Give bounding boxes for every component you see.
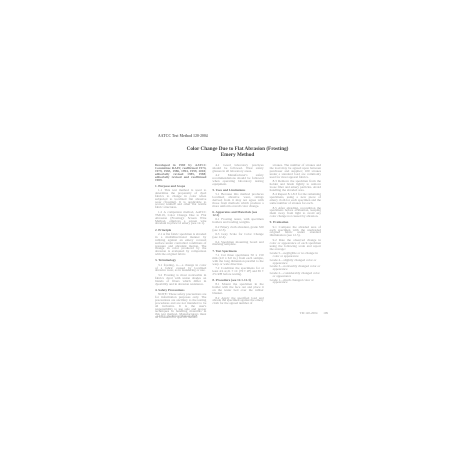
- column-2: 4.1 Good laboratory practices should be …: [212, 164, 263, 316]
- paragraph: 8.3 Remove the specimen from the holder …: [270, 180, 321, 192]
- paragraph: 3.1 frosting, n.—a change in color of a …: [155, 264, 206, 273]
- paragraph: 7.2 Condition the specimens for at least…: [212, 267, 263, 276]
- page-title: Color Change Due to Flat Abrasion (Frost…: [150, 146, 325, 158]
- method-number-header: AATCC Test Method 120-2004: [158, 134, 278, 138]
- section-heading: 9. Evaluation: [270, 221, 321, 224]
- text-columns: Developed in 1969 by AATCC Committee RA4…: [155, 164, 321, 316]
- paragraph: 9.1 Compare the abraded area of each spe…: [270, 226, 321, 238]
- paragraph: 5.1 Because this method produces localiz…: [212, 193, 263, 208]
- paragraph: 6.3 Gray Scale for Color Change (see 12.…: [212, 233, 263, 239]
- paragraph: 6.4 Specimen mounting board and marking …: [212, 241, 263, 247]
- footer-page-number: 199: [323, 311, 328, 315]
- paragraph: 6.2 Emery cloth abradant, grade 320 (see…: [212, 226, 263, 232]
- paragraph: 8.2 Apply the specified load and abrade …: [212, 297, 263, 306]
- paragraph: 1.2 A companion method, AATCC TM119, Col…: [155, 211, 206, 226]
- grade-scale-item: Grade 1—much changed color or appearance: [270, 279, 321, 285]
- paragraph: 8.4 Repeat 8.1-8.3 for the remaining spe…: [270, 193, 321, 205]
- section-heading: 6. Apparatus and Materials (see 12.2): [212, 211, 263, 217]
- paragraph: 1.1 This test method is used to determin…: [155, 189, 206, 209]
- section-heading: 3. Terminology: [155, 259, 206, 262]
- column-1: Developed in 1969 by AATCC Committee RA4…: [155, 164, 206, 316]
- paragraph: strokes. The number of strokes and the l…: [270, 164, 321, 179]
- paragraph: 8.1 Mount the specimen in the holder wit…: [212, 283, 263, 295]
- footer-method-number: TM 120-2004: [300, 311, 318, 315]
- column-3: strokes. The number of strokes and the l…: [270, 164, 321, 316]
- paragraph: 8.5 After abrading, recondition the spec…: [270, 207, 321, 219]
- footer-method-ref: TM 120-2004 199: [240, 311, 328, 315]
- footer-manual-title: AATCC Technical Manual/2008: [156, 314, 246, 318]
- paragraph: 3.2 Frosting is most noticeable in fabri…: [155, 274, 206, 286]
- document-page: AATCC Test Method 120-2004 Color Change …: [0, 0, 458, 458]
- paragraph: 7.1 Cut three specimens 50 x 150 mm (2.0…: [212, 254, 263, 266]
- paragraph: 4.1 Good laboratory practices should be …: [212, 164, 263, 173]
- paragraph: 6.1 Frosting tester, with specimen holde…: [212, 218, 263, 224]
- revision-history: Developed in 1969 by AATCC Committee RA4…: [155, 164, 206, 181]
- paragraph: 2.1 A flat fabric specimen is abraded in…: [155, 233, 206, 256]
- paragraph: 4.2 Manufacturer's safety recommendation…: [212, 174, 263, 186]
- paragraph: 9.2 Rate the observed change in color or…: [270, 239, 321, 251]
- grade-scale-list: Grade 5—negligible or no change in color…: [270, 252, 321, 284]
- title-line-2: Emery Method: [150, 152, 325, 158]
- grade-scale-item: Grade 2—considerably changed color or ap…: [270, 272, 321, 278]
